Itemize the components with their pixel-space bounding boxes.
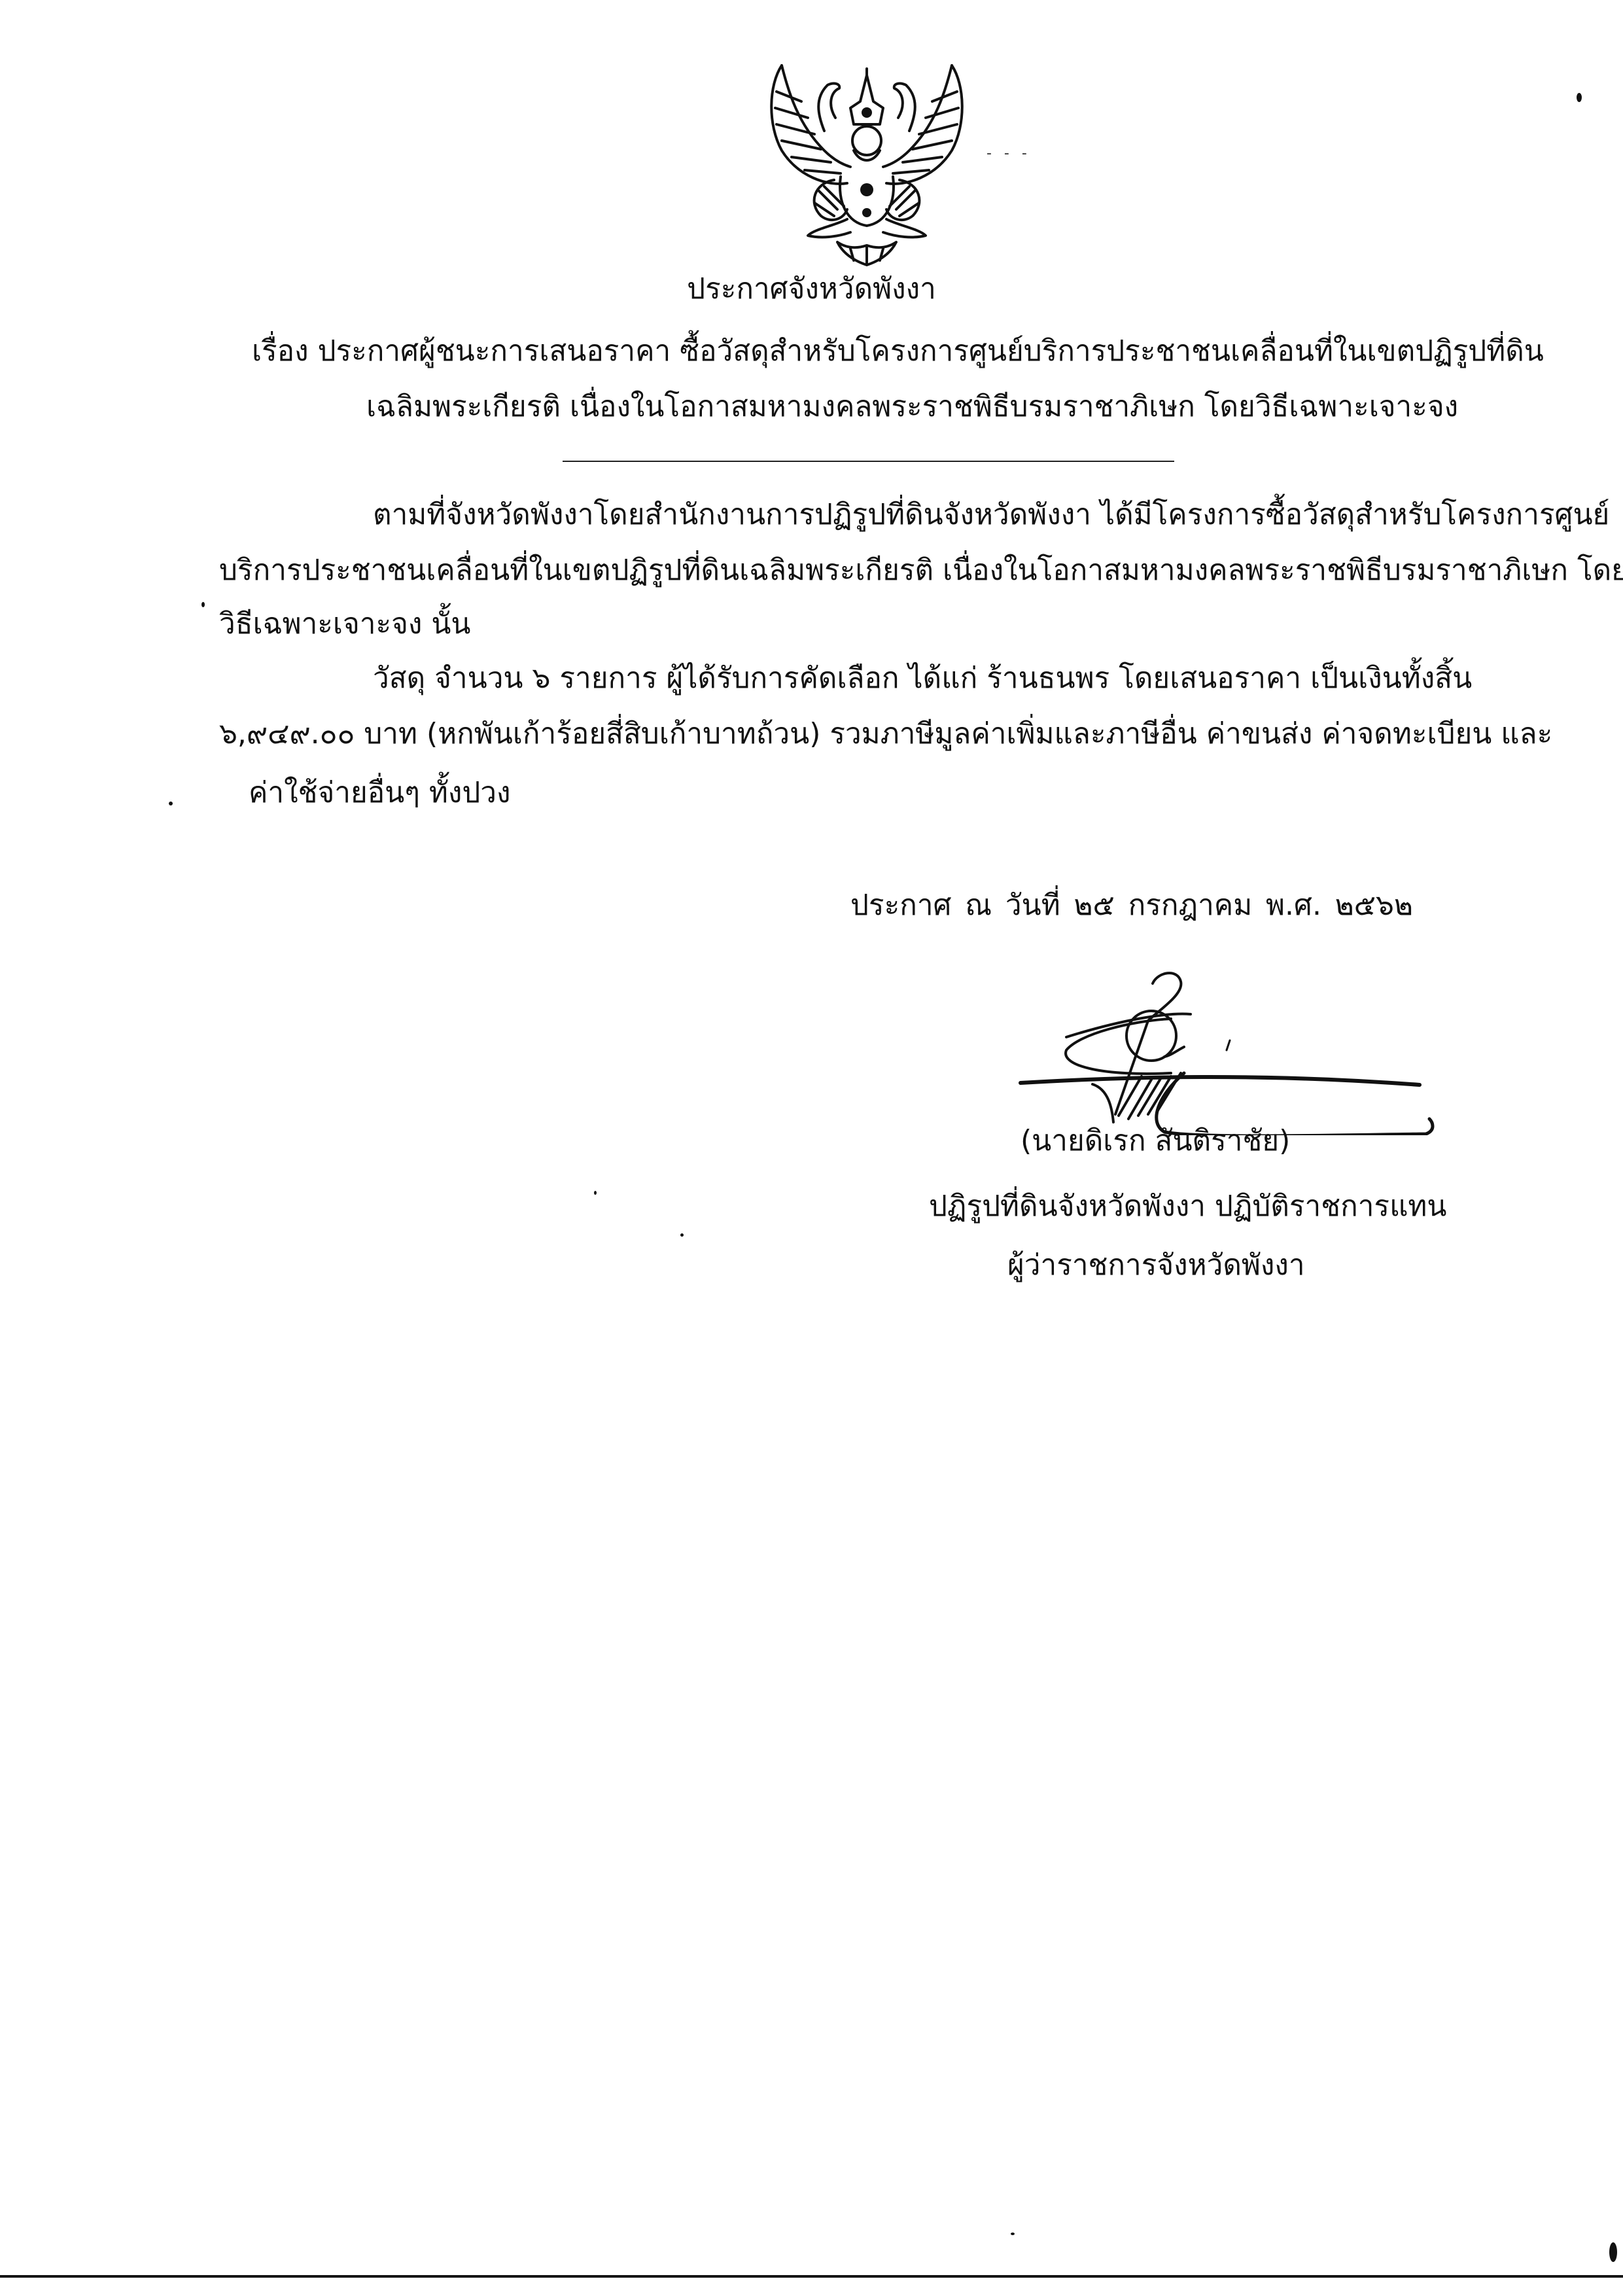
body-paragraph-line: วิธีเฉพาะเจาะจง นั้น bbox=[219, 610, 470, 639]
document-title: ประกาศจังหวัดพังงา bbox=[0, 275, 1623, 304]
scan-edge-line bbox=[0, 2275, 1623, 2278]
award-paragraph-line: ค่าใช้จ่ายอื่นๆ ทั้งปวง bbox=[249, 779, 511, 807]
scan-speck bbox=[201, 602, 205, 607]
award-paragraph-line: วัสดุ จำนวน ๖ รายการ ผู้ได้รับการคัดเลือ… bbox=[373, 664, 1380, 693]
subject-line: เรื่อง ประกาศผู้ชนะการเสนอราคา ซื้อวัสดุ… bbox=[252, 337, 1456, 366]
garuda-emblem-icon bbox=[762, 52, 971, 272]
document-page: - - - ประกาศจังหวัดพังงา เรื่อง ประกาศผู… bbox=[0, 0, 1623, 2296]
award-paragraph-line: ๖,๙๔๙.๐๐ บาท (หกพันเก้าร้อยสี่สิบเก้าบาท… bbox=[219, 720, 1426, 749]
announcement-date: ประกาศ ณ วันที่ ๒๕ กรกฎาคม พ.ศ. ๒๕๖๒ bbox=[850, 891, 1413, 920]
signer-position: ผู้ว่าราชการจังหวัดพังงา bbox=[1007, 1251, 1302, 1280]
scan-speck bbox=[1609, 2242, 1617, 2262]
signature-icon bbox=[1001, 959, 1459, 1135]
signer-position: ปฏิรูปที่ดินจังหวัดพังงา ปฏิบัติราชการแท… bbox=[929, 1192, 1387, 1221]
scan-mark: - - - bbox=[986, 145, 1031, 162]
divider bbox=[563, 461, 1174, 462]
scan-speck bbox=[680, 1233, 684, 1237]
subject-line: เฉลิมพระเกียรติ เนื่องในโอกาสมหามงคลพระร… bbox=[366, 393, 1361, 421]
scan-speck bbox=[169, 802, 173, 805]
scan-speck bbox=[1011, 2233, 1015, 2235]
scan-speck bbox=[594, 1191, 597, 1195]
scan-speck bbox=[1577, 93, 1582, 102]
signer-name: (นายดิเรก สันติราชัย) bbox=[1021, 1127, 1282, 1156]
body-paragraph-line: ตามที่จังหวัดพังงาโดยสำนักงานการปฏิรูปที… bbox=[373, 501, 1452, 529]
body-paragraph-line: บริการประชาชนเคลื่อนที่ในเขตปฏิรูปที่ดิน… bbox=[219, 556, 1456, 585]
